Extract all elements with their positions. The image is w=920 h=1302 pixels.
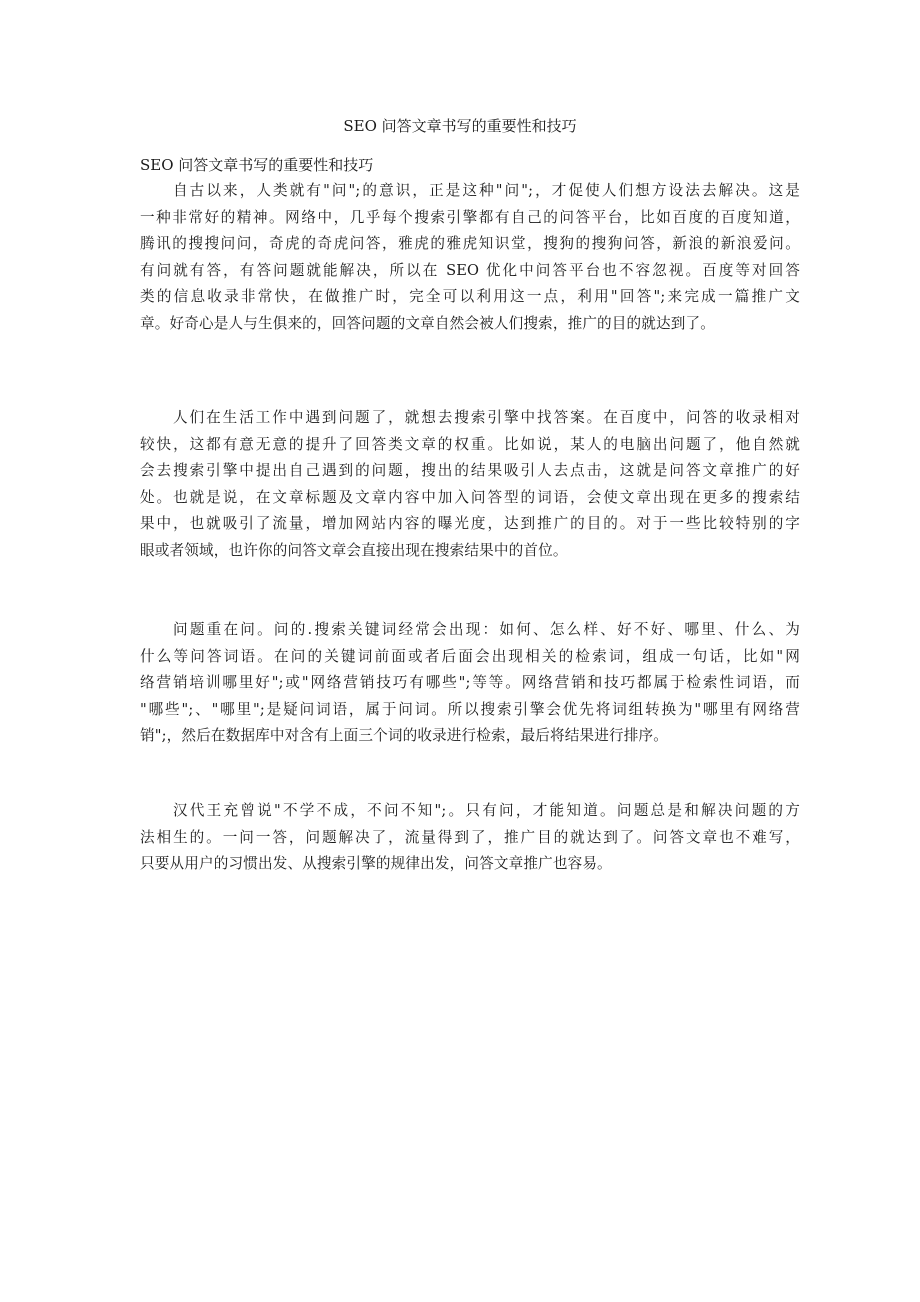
paragraph-2: 人们在生活工作中遇到问题了，就想去搜索引擎中找答案。在百度中，问答的收录相对 较… xyxy=(140,405,800,564)
paragraph-line: 法相生的。一问一答，问题解决了，流量得到了，推广目的就达到了。问答文章也不难写， xyxy=(140,825,800,852)
paragraph-line: 眼或者领域，也许你的问答文章会直接出现在搜索结果中的首位。 xyxy=(140,538,800,565)
paragraph-line: "哪些";、"哪里";是疑问词语，属于问词。所以搜索引擎会优先将词组转换为"哪里… xyxy=(140,697,800,724)
paragraph-1: 自古以来，人类就有"问";的意识，正是这种"问";，才促使人们想方设法去解决。这… xyxy=(140,178,800,337)
paragraph-line: 汉代王充曾说"不学不成，不问不知";。只有问，才能知道。问题总是和解决问题的方 xyxy=(140,798,800,825)
paragraph-line: 销";，然后在数据库中对含有上面三个词的收录进行检索，最后将结果进行排序。 xyxy=(140,723,800,750)
paragraph-3: 问题重在问。问的.搜索关键词经常会出现：如何、怎么样、好不好、哪里、什么、为 什… xyxy=(140,617,800,750)
paragraph-line: 人们在生活工作中遇到问题了，就想去搜索引擎中找答案。在百度中，问答的收录相对 xyxy=(140,405,800,432)
paragraph-line: 一种非常好的精神。网络中，几乎每个搜索引擎都有自己的问答平台，比如百度的百度知道… xyxy=(140,205,800,232)
paragraph-line: 果中，也就吸引了流量，增加网站内容的曝光度，达到推广的目的。对于一些比较特别的字 xyxy=(140,511,800,538)
document-subtitle: SEO 问答文章书写的重要性和技巧 xyxy=(140,155,373,175)
document-page: SEO 问答文章书写的重要性和技巧 SEO 问答文章书写的重要性和技巧 自古以来… xyxy=(0,0,920,1302)
paragraph-line: 问题重在问。问的.搜索关键词经常会出现：如何、怎么样、好不好、哪里、什么、为 xyxy=(140,617,800,644)
paragraph-line: 什么等问答词语。在问的关键词前面或者后面会出现相关的检索词，组成一句话，比如"网 xyxy=(140,644,800,671)
paragraph-line: 处。也就是说，在文章标题及文章内容中加入问答型的词语，会使文章出现在更多的搜索结 xyxy=(140,485,800,512)
paragraph-line: 只要从用户的习惯出发、从搜索引擎的规律出发，问答文章推广也容易。 xyxy=(140,851,800,878)
paragraph-line: 自古以来，人类就有"问";的意识，正是这种"问";，才促使人们想方设法去解决。这… xyxy=(140,178,800,205)
document-title: SEO 问答文章书写的重要性和技巧 xyxy=(0,116,920,136)
paragraph-line: 络营销培训哪里好";或"网络营销技巧有哪些";等等。网络营销和技巧都属于检索性词… xyxy=(140,670,800,697)
paragraph-line: 类的信息收录非常快，在做推广时，完全可以利用这一点，利用"回答";来完成一篇推广… xyxy=(140,284,800,311)
paragraph-line: 腾讯的搜搜问问，奇虎的奇虎问答，雅虎的雅虎知识堂，搜狗的搜狗问答，新浪的新浪爱问… xyxy=(140,231,800,258)
paragraph-line: 有问就有答，有答问题就能解决，所以在 SEO 优化中问答平台也不容忽视。百度等对… xyxy=(140,258,800,285)
paragraph-line: 会去搜索引擎中提出自己遇到的问题，搜出的结果吸引人去点击，这就是问答文章推广的好 xyxy=(140,458,800,485)
paragraph-4: 汉代王充曾说"不学不成，不问不知";。只有问，才能知道。问题总是和解决问题的方 … xyxy=(140,798,800,878)
paragraph-line: 较快，这都有意无意的提升了回答类文章的权重。比如说，某人的电脑出问题了，他自然就 xyxy=(140,432,800,459)
paragraph-line: 章。好奇心是人与生俱来的，回答问题的文章自然会被人们搜索，推广的目的就达到了。 xyxy=(140,311,800,338)
